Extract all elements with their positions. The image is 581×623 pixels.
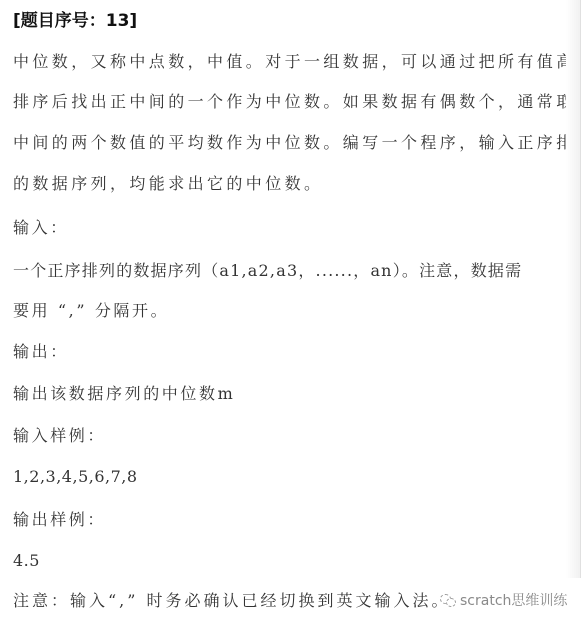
description-line: 中位数，又称中点数，中值。对于一组数据，可以通过把所有值高低: [13, 52, 581, 72]
sample-output-label: 输出样例：: [13, 510, 106, 530]
sample-input-label: 输入样例：: [13, 426, 106, 446]
input-description-line: 一个正序排列的数据序列（a1,a2,a3，......，an）。注意，数据需: [13, 261, 522, 281]
sample-output-value: 4.5: [13, 551, 40, 571]
input-description-line: 要用 “,” 分隔开。: [13, 301, 169, 321]
description-line: 的数据序列，均能求出它的中位数。: [13, 174, 323, 194]
wechat-icon: [440, 593, 456, 607]
watermark-text: scratch思维训练: [460, 590, 567, 610]
description-line: 排序后找出正中间的一个作为中位数。如果数据有偶数个，通常取最: [13, 92, 581, 112]
output-description: 输出该数据序列的中位数m: [13, 384, 235, 404]
problem-title: [题目序号：13]: [13, 6, 137, 31]
sample-input-value: 1,2,3,4,5,6,7,8: [13, 467, 138, 487]
output-label: 输出：: [13, 342, 69, 362]
input-label: 输入：: [13, 218, 69, 238]
description-line: 中间的两个数值的平均数作为中位数。编写一个程序，输入正序排列: [13, 133, 581, 153]
page-edge-shadow: [566, 0, 581, 578]
watermark: scratch思维训练: [440, 590, 567, 610]
note-text: 注意：输入“,” 时务必确认已经切换到英文输入法。: [13, 591, 451, 611]
